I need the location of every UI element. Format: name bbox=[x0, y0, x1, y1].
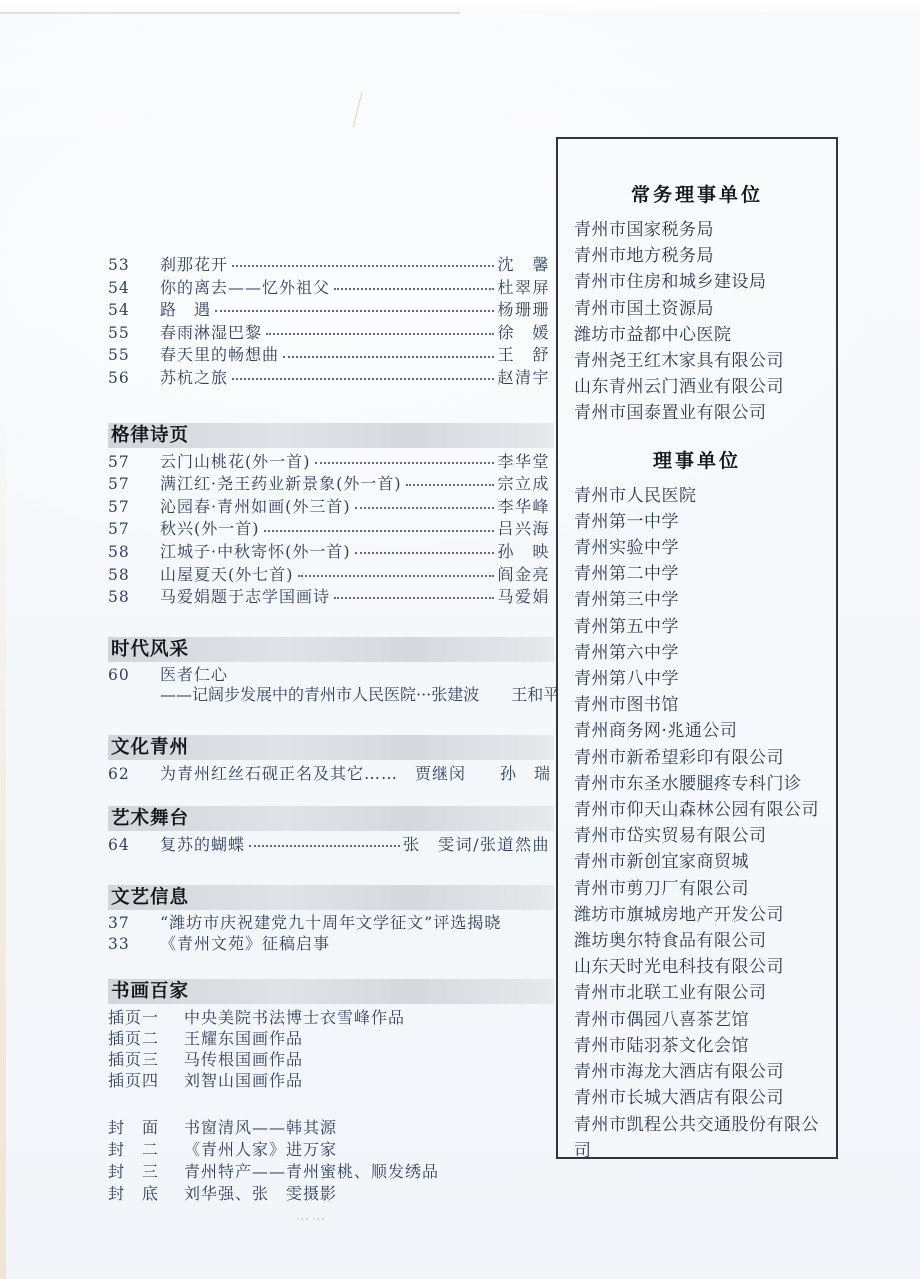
toc-entry: 55春雨淋湿巴黎徐 媛 bbox=[108, 322, 554, 345]
entry-title: 复苏的蝴蝶 bbox=[160, 834, 245, 856]
entry-author: 李华堂 bbox=[497, 451, 554, 473]
council-units-list: 青州市人民医院青州第一中学青州实验中学青州第二中学青州第三中学青州第五中学青州第… bbox=[558, 483, 836, 1164]
dots-leader bbox=[355, 552, 495, 554]
page-number: 57 bbox=[108, 497, 160, 519]
entry-title: 青州特产——青州蜜桃、顺发绣品 bbox=[184, 1161, 439, 1183]
entry-title: “潍坊市庆祝建党九十周年文学征文”评选揭晓 bbox=[160, 913, 501, 934]
toc-entry: 54你的离去——忆外祖父杜翠屏 bbox=[108, 277, 554, 300]
entry-author: 吕兴海 bbox=[497, 518, 554, 540]
page-number: 33 bbox=[108, 934, 160, 955]
sponsor-item: 青州市凯程公共交通股份有限公司 bbox=[574, 1112, 832, 1164]
section-literary-info: 文艺信息37“潍坊市庆祝建党九十周年文学征文”评选揭晓33《青州文苑》征稿启事 bbox=[108, 885, 554, 954]
entry-title: 苏杭之旅 bbox=[160, 367, 228, 389]
dots-leader bbox=[355, 507, 495, 509]
toc-entry: 55春天里的畅想曲王 舒 bbox=[108, 344, 554, 367]
entry-author: 张 雯词/张道然曲 bbox=[403, 834, 554, 856]
sponsor-item: 潍坊市益都中心医院 bbox=[574, 322, 832, 348]
toc-entry: 57云门山桃花(外一首)李华堂 bbox=[108, 451, 554, 474]
toc-entry: 58山屋夏天(外七首)阎金亮 bbox=[108, 564, 554, 587]
toc-entry: 插页二王耀东国画作品 bbox=[108, 1028, 554, 1049]
sponsor-item: 青州市国土资源局 bbox=[574, 296, 832, 322]
section-calligraphy-painting: 书画百家插页一中央美院书法博士衣雪峰作品插页二王耀东国画作品插页三马传根国画作品… bbox=[108, 979, 554, 1091]
sponsor-item: 青州市国泰置业有限公司 bbox=[574, 400, 832, 426]
entry-author: 马爱娟 bbox=[497, 586, 554, 608]
toc-entry: 58江城子·中秋寄怀(外一首)孙 映 bbox=[108, 541, 554, 564]
table-of-contents: 53刹那花开沈 馨54你的离去——忆外祖父杜翠屏54路 遇杨珊珊55春雨淋湿巴黎… bbox=[108, 254, 554, 1205]
dots-leader bbox=[232, 378, 494, 380]
sponsor-item: 青州市仰天山森林公园有限公司 bbox=[574, 797, 832, 823]
section-culture-qingzhou: 文化青州62为青州红丝石砚正名及其它…… 贾继闵 孙 瑞 bbox=[108, 735, 554, 786]
entry-title: 刘华强、张 雯摄影 bbox=[184, 1183, 337, 1205]
sponsor-item: 青州市岱实贸易有限公司 bbox=[574, 823, 832, 849]
sponsor-item: 青州市东圣水腰腿疼专科门诊 bbox=[574, 771, 832, 797]
sponsor-item: 青州尧王红木家具有限公司 bbox=[574, 348, 832, 374]
section-art-stage: 艺术舞台64复苏的蝴蝶张 雯词/张道然曲 bbox=[108, 806, 554, 857]
sponsor-item: 山东天时光电科技有限公司 bbox=[574, 954, 832, 980]
toc-entry: 57沁园春·青州如画(外三首)李华峰 bbox=[108, 496, 554, 519]
toc-entry: 封 面书窗清风——韩其源 bbox=[108, 1117, 554, 1139]
toc-entry: 封 二《青州人家》进万家 bbox=[108, 1139, 554, 1161]
toc-entry: 54路 遇杨珊珊 bbox=[108, 299, 554, 322]
entry-title: 中央美院书法博士衣雪峰作品 bbox=[184, 1007, 405, 1028]
entry-title: 书窗清风——韩其源 bbox=[184, 1117, 337, 1139]
entry-title: 王耀东国画作品 bbox=[184, 1028, 303, 1049]
page-number: 54 bbox=[108, 278, 160, 300]
dots-leader bbox=[232, 265, 494, 267]
entry-title: 春雨淋湿巴黎 bbox=[160, 322, 262, 344]
toc-entry: 56苏杭之旅赵清宇 bbox=[108, 367, 554, 390]
entry-subtitle: ——记阔步发展中的青州市人民医院···张建波 王和平 bbox=[108, 685, 554, 706]
sponsor-item: 山东青州云门酒业有限公司 bbox=[574, 374, 832, 400]
page-number: 54 bbox=[108, 300, 160, 322]
page-number: 57 bbox=[108, 452, 160, 474]
page-number: 58 bbox=[108, 587, 160, 609]
entry-author: 杨珊珊 bbox=[497, 299, 554, 321]
dots-leader bbox=[298, 575, 495, 577]
entry-title: 江城子·中秋寄怀(外一首) bbox=[160, 541, 351, 563]
scan-faint-dots: ⋯⋯ bbox=[296, 1212, 328, 1227]
page-number: 插页三 bbox=[108, 1049, 184, 1070]
sponsor-item: 青州市海龙大酒店有限公司 bbox=[574, 1059, 832, 1085]
sponsor-item: 青州第五中学 bbox=[574, 614, 832, 640]
page-number: 封 二 bbox=[108, 1139, 184, 1161]
page-number: 58 bbox=[108, 565, 160, 587]
entry-author: 杜翠屏 bbox=[497, 277, 554, 299]
sponsor-item: 青州市剪刀厂有限公司 bbox=[574, 876, 832, 902]
sponsor-item: 潍坊奥尔特食品有限公司 bbox=[574, 928, 832, 954]
sponsor-item: 青州市新希望彩印有限公司 bbox=[574, 745, 832, 771]
entry-author: 王 舒 bbox=[497, 344, 554, 366]
entry-author: 宗立成 bbox=[497, 473, 554, 495]
toc-entry: 57满江红·尧王药业新景象(外一首)宗立成 bbox=[108, 473, 554, 496]
sponsor-item: 青州商务网·兆通公司 bbox=[574, 718, 832, 744]
sponsor-item: 潍坊市旗城房地产开发公司 bbox=[574, 902, 832, 928]
toc-entry: 封 底刘华强、张 雯摄影 bbox=[108, 1183, 554, 1205]
sponsor-box: 常务理事单位 青州市国家税务局青州市地方税务局青州市住房和城乡建设局青州市国土资… bbox=[556, 137, 838, 1159]
sponsor-item: 青州市图书馆 bbox=[574, 692, 832, 718]
dots-leader bbox=[266, 333, 494, 335]
sponsor-item: 青州市长城大酒店有限公司 bbox=[574, 1085, 832, 1111]
sponsor-item: 青州市新创宜家商贸城 bbox=[574, 849, 832, 875]
sponsor-item: 青州市北联工业有限公司 bbox=[574, 980, 832, 1006]
sponsor-item: 青州市偶园八喜茶艺馆 bbox=[574, 1007, 832, 1033]
section-era-style: 时代风采60医者仁心——记阔步发展中的青州市人民医院···张建波 王和平 bbox=[108, 637, 554, 706]
toc-entry: 58马爱娟题于志学国画诗马爱娟 bbox=[108, 586, 554, 609]
sponsor-item: 青州第三中学 bbox=[574, 587, 832, 613]
page-number: 55 bbox=[108, 345, 160, 367]
entry-title: 路 遇 bbox=[160, 299, 211, 321]
entry-author: 孙 映 bbox=[497, 541, 554, 563]
section-header: 文化青州 bbox=[108, 735, 554, 760]
scan-edge-shadow bbox=[0, 12, 460, 14]
entry-title: 为青州红丝石砚正名及其它…… 贾继闵 孙 瑞 bbox=[160, 763, 551, 785]
sponsor-item: 青州第六中学 bbox=[574, 640, 832, 666]
scan-scratch-mark bbox=[353, 92, 363, 127]
dots-leader bbox=[334, 288, 494, 290]
section-covers: 封 面书窗清风——韩其源封 二《青州人家》进万家封 三青州特产——青州蜜桃、顺发… bbox=[108, 1117, 554, 1205]
page-number: 封 三 bbox=[108, 1161, 184, 1183]
toc-entry: 62为青州红丝石砚正名及其它…… 贾继闵 孙 瑞 bbox=[108, 763, 554, 786]
page-number: 插页四 bbox=[108, 1070, 184, 1091]
entry-author: 沈 馨 bbox=[497, 254, 554, 276]
dots-leader bbox=[334, 597, 494, 599]
page-number: 60 bbox=[108, 665, 160, 686]
entry-title: 沁园春·青州如画(外三首) bbox=[160, 496, 351, 518]
dots-leader bbox=[264, 530, 495, 532]
page-number: 53 bbox=[108, 255, 160, 277]
entry-title: 秋兴(外一首) bbox=[160, 518, 260, 540]
entry-title: 山屋夏天(外七首) bbox=[160, 564, 294, 586]
scan-left-edge bbox=[0, 380, 6, 1279]
section-header: 格律诗页 bbox=[108, 423, 554, 448]
entry-title: 刹那花开 bbox=[160, 254, 228, 276]
entry-title: 马传根国画作品 bbox=[184, 1049, 303, 1070]
sponsor-item: 青州第一中学 bbox=[574, 509, 832, 535]
standing-council-units-list: 青州市国家税务局青州市地方税务局青州市住房和城乡建设局青州市国土资源局潍坊市益都… bbox=[558, 217, 836, 427]
toc-entry: 33《青州文苑》征稿启事 bbox=[108, 934, 554, 955]
section-regulated-poetry: 格律诗页57云门山桃花(外一首)李华堂57满江红·尧王药业新景象(外一首)宗立成… bbox=[108, 423, 554, 609]
entry-author: 赵清宇 bbox=[497, 367, 554, 389]
page-number: 58 bbox=[108, 542, 160, 564]
sponsor-item: 青州市住房和城乡建设局 bbox=[574, 269, 832, 295]
toc-entry: 封 三青州特产——青州蜜桃、顺发绣品 bbox=[108, 1161, 554, 1183]
entry-author: 阎金亮 bbox=[497, 564, 554, 586]
dots-leader bbox=[283, 356, 494, 358]
toc-entry: 插页四刘智山国画作品 bbox=[108, 1070, 554, 1091]
entry-title: 《青州人家》进万家 bbox=[184, 1139, 337, 1161]
standing-council-units-title: 常务理事单位 bbox=[558, 183, 836, 207]
page-number: 57 bbox=[108, 519, 160, 541]
sponsor-item: 青州市陆羽茶文化会馆 bbox=[574, 1033, 832, 1059]
entry-title: 春天里的畅想曲 bbox=[160, 344, 279, 366]
toc-entry: 64复苏的蝴蝶张 雯词/张道然曲 bbox=[108, 834, 554, 857]
entry-title: 《青州文苑》征稿启事 bbox=[160, 934, 330, 955]
section-header: 时代风采 bbox=[108, 637, 554, 662]
section-header: 书画百家 bbox=[108, 979, 554, 1004]
dots-leader bbox=[315, 462, 495, 464]
sponsor-item: 青州市国家税务局 bbox=[574, 217, 832, 243]
page-number: 封 底 bbox=[108, 1183, 184, 1205]
page-number: 37 bbox=[108, 913, 160, 934]
page-number: 64 bbox=[108, 835, 160, 857]
sponsor-item: 青州市地方税务局 bbox=[574, 243, 832, 269]
scanned-magazine-contents-page: { "toc": { "sections": [ { "id": "toc-co… bbox=[0, 0, 920, 1279]
page-number: 57 bbox=[108, 474, 160, 496]
entry-title: 马爱娟题于志学国画诗 bbox=[160, 586, 330, 608]
sponsor-item: 青州市人民医院 bbox=[574, 483, 832, 509]
page-number: 55 bbox=[108, 323, 160, 345]
sponsor-item: 青州第八中学 bbox=[574, 666, 832, 692]
entry-title: 医者仁心 bbox=[160, 665, 228, 686]
toc-entry: 57秋兴(外一首)吕兴海 bbox=[108, 518, 554, 541]
section-header: 艺术舞台 bbox=[108, 806, 554, 831]
toc-entry: 37“潍坊市庆祝建党九十周年文学征文”评选揭晓 bbox=[108, 913, 554, 934]
toc-entry: 插页三马传根国画作品 bbox=[108, 1049, 554, 1070]
toc-entry: 60医者仁心 bbox=[108, 665, 554, 686]
entry-title: 刘智山国画作品 bbox=[184, 1070, 303, 1091]
dots-leader bbox=[215, 310, 494, 312]
entry-title: 满江红·尧王药业新景象(外一首) bbox=[160, 473, 402, 495]
dots-leader bbox=[406, 484, 495, 486]
page-number: 插页一 bbox=[108, 1007, 184, 1028]
page-number: 56 bbox=[108, 368, 160, 390]
entry-title: 你的离去——忆外祖父 bbox=[160, 277, 330, 299]
council-units-title: 理事单位 bbox=[558, 449, 836, 473]
sponsor-item: 青州实验中学 bbox=[574, 535, 832, 561]
page-number: 封 面 bbox=[108, 1117, 184, 1139]
entry-title: 云门山桃花(外一首) bbox=[160, 451, 311, 473]
page-number: 插页二 bbox=[108, 1028, 184, 1049]
sponsor-item: 青州第二中学 bbox=[574, 561, 832, 587]
entry-author: 徐 媛 bbox=[497, 322, 554, 344]
toc-continued-entries: 53刹那花开沈 馨54你的离去——忆外祖父杜翠屏54路 遇杨珊珊55春雨淋湿巴黎… bbox=[108, 254, 554, 390]
toc-entry: 插页一中央美院书法博士衣雪峰作品 bbox=[108, 1007, 554, 1028]
section-header: 文艺信息 bbox=[108, 885, 554, 910]
page-number: 62 bbox=[108, 764, 160, 786]
dots-leader bbox=[249, 845, 400, 847]
toc-entry: 53刹那花开沈 馨 bbox=[108, 254, 554, 277]
entry-author: 李华峰 bbox=[497, 496, 554, 518]
